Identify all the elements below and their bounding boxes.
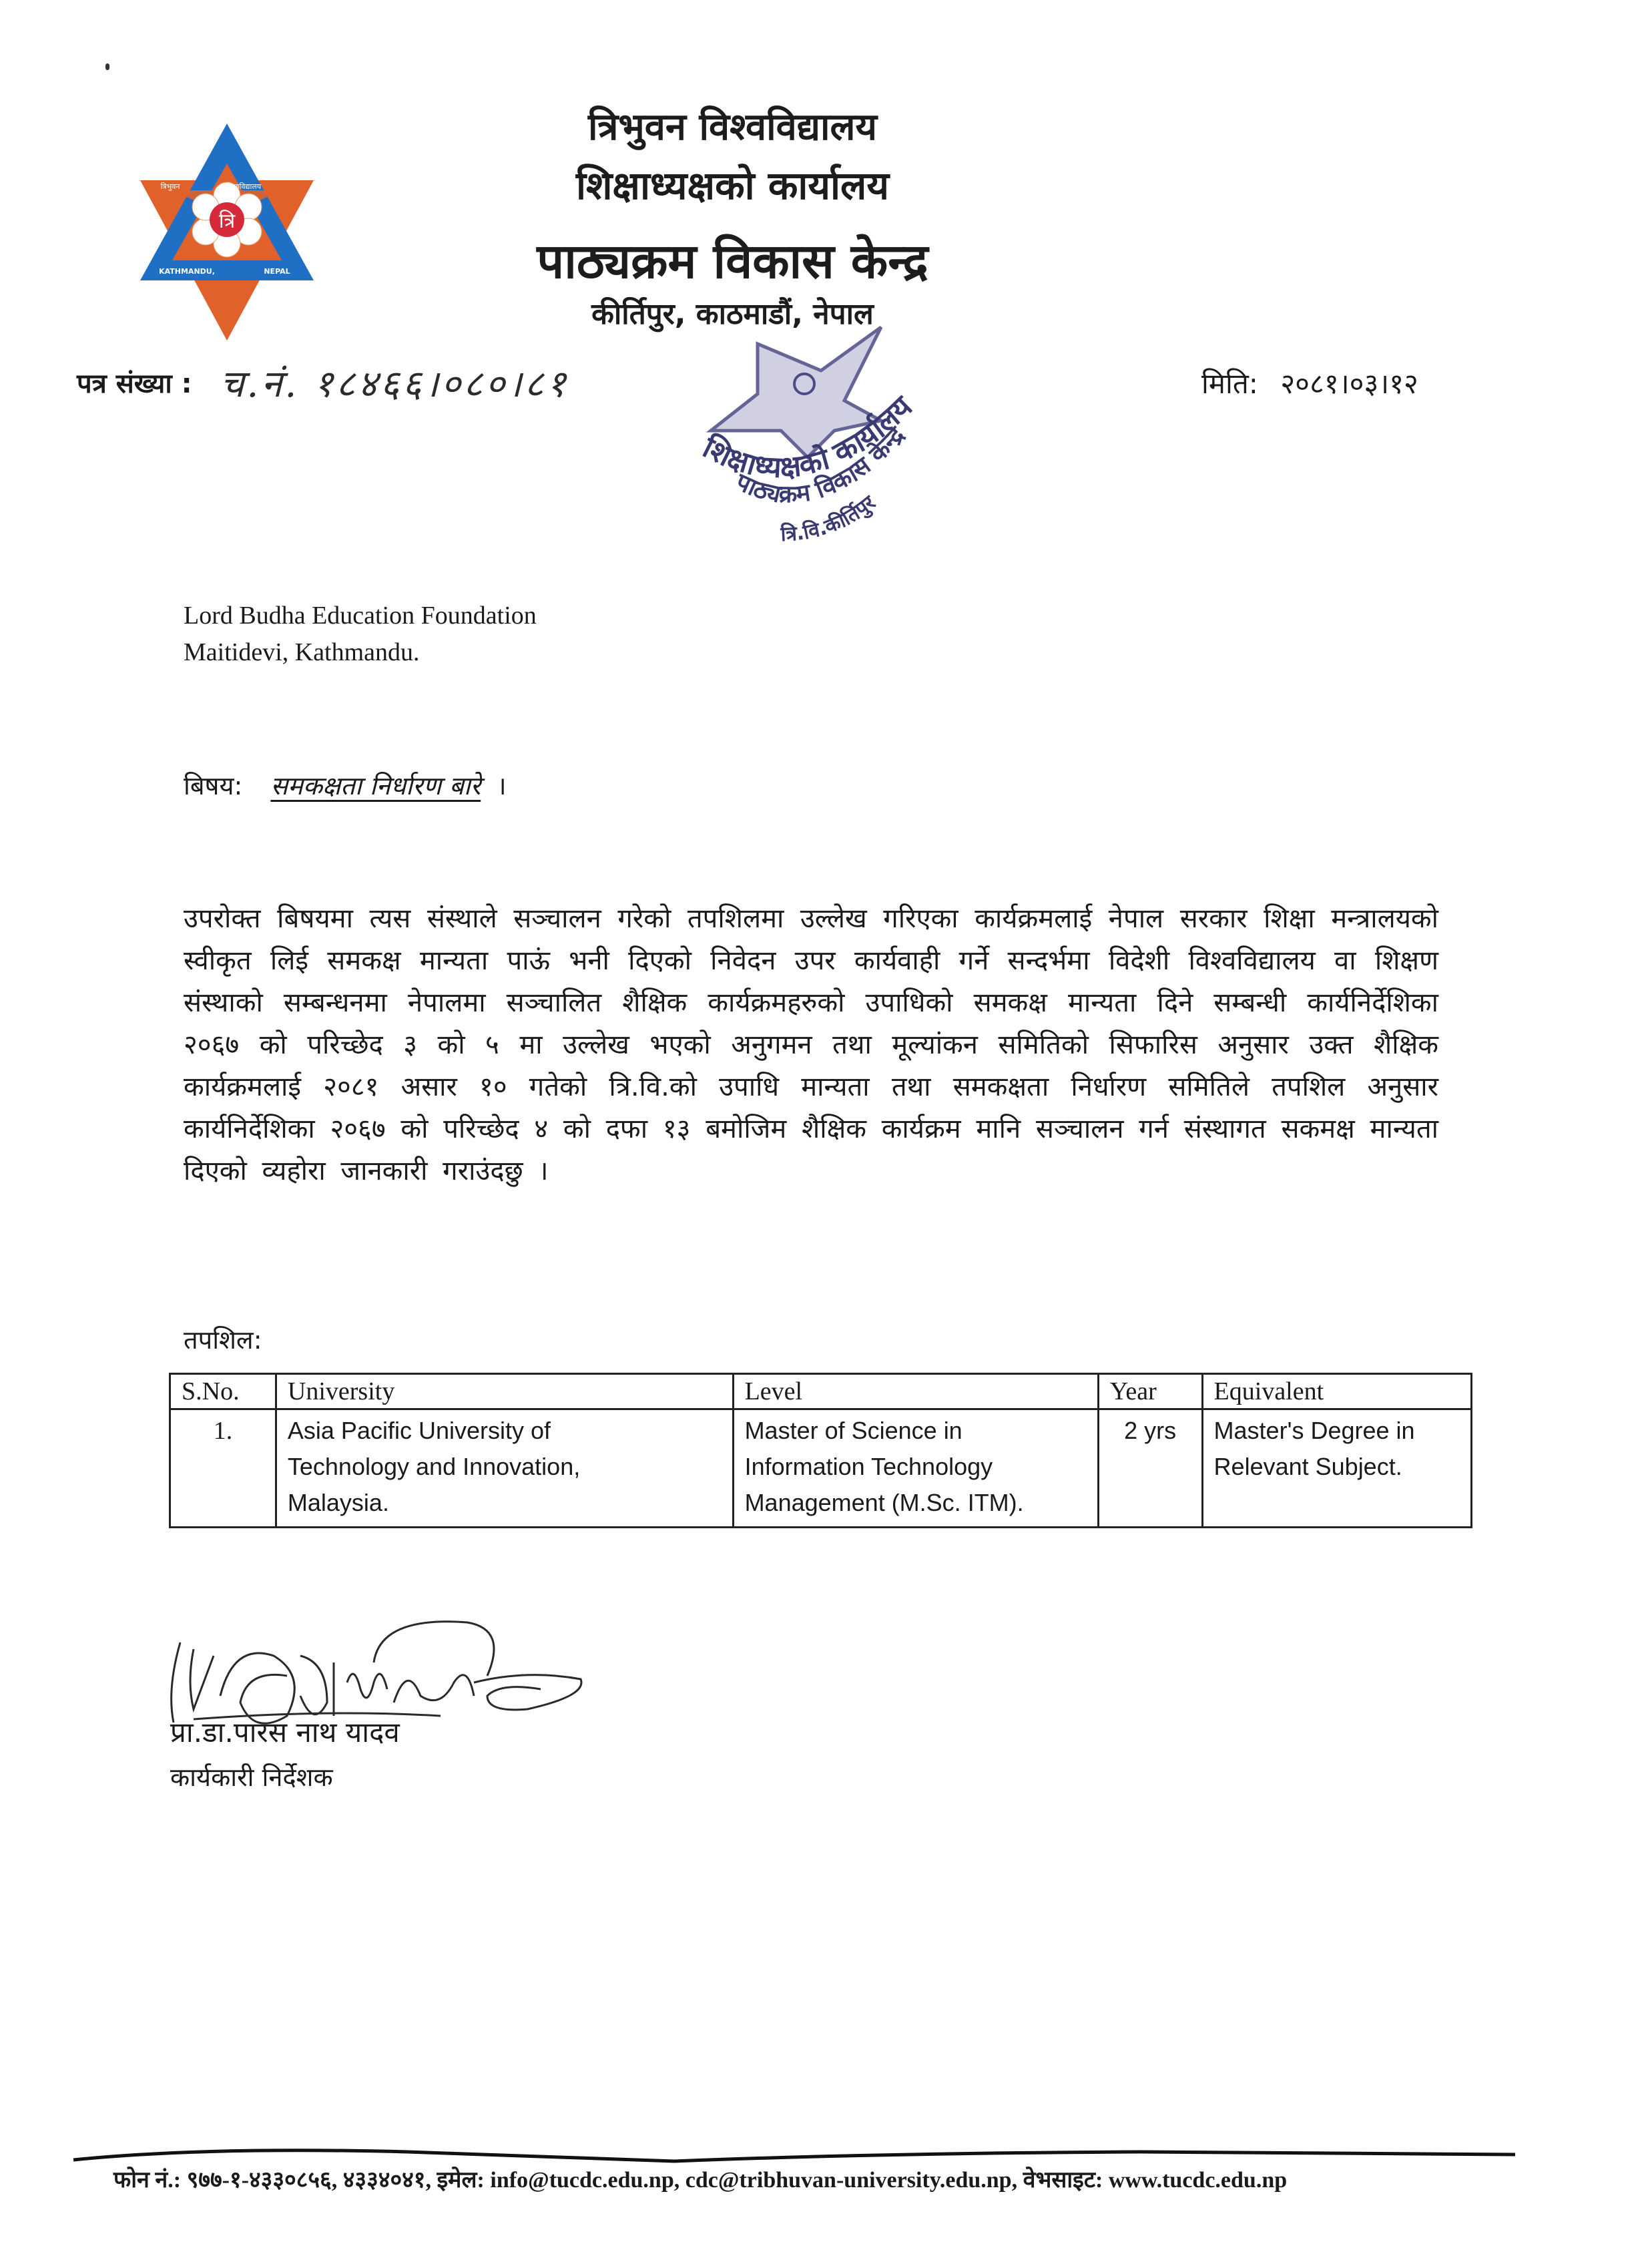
cell-year: 2 yrs bbox=[1098, 1409, 1202, 1528]
footer-contact: फोन नं.: ९७७-१-४३३०८५६, ४३३४०४१, इमेल: i… bbox=[113, 2163, 1287, 2194]
cell-line: Relevant Subject. bbox=[1214, 1449, 1460, 1485]
reference-number: च.नं. १८४६६।०८०।८१ bbox=[220, 357, 569, 408]
cell-equivalent: Master's Degree in Relevant Subject. bbox=[1202, 1409, 1471, 1528]
cell-sno: 1. bbox=[170, 1409, 276, 1528]
date-label: मिति: bbox=[1201, 367, 1258, 400]
column-header: Year bbox=[1098, 1374, 1202, 1409]
subject-label: बिषय: bbox=[184, 771, 242, 801]
phone-numbers: ९७७-१-४३३०८५६, ४३३४०४१, bbox=[187, 2168, 431, 2193]
letterhead-office: शिक्षाध्यक्षको कार्यालय bbox=[0, 158, 1559, 210]
cell-line: Technology and Innovation, bbox=[288, 1449, 722, 1485]
website-label: वेभसाइट: bbox=[1023, 2168, 1103, 2193]
subject-end: । bbox=[497, 771, 506, 801]
signatory-name: प्रा.डा.पारस नाथ यादव bbox=[170, 1713, 400, 1751]
signatory-title: कार्यकारी निर्देशक bbox=[170, 1759, 333, 1794]
recipient-address: Maitidevi, Kathmandu. bbox=[184, 638, 420, 667]
letterhead-university: त्रिभुवन विश्वविद्यालय bbox=[0, 100, 1559, 151]
equivalence-table: S.No. University Level Year Equivalent 1… bbox=[169, 1373, 1472, 1528]
recipient-name: Lord Budha Education Foundation bbox=[184, 601, 537, 630]
column-header: S.No. bbox=[170, 1374, 276, 1409]
table-header-row: S.No. University Level Year Equivalent bbox=[170, 1374, 1472, 1409]
subject-value: समकक्षता निर्धारण बारे bbox=[270, 771, 481, 801]
cell-line: Information Technology bbox=[745, 1449, 1087, 1485]
column-header: Level bbox=[733, 1374, 1098, 1409]
schedule-label: तपशिल: bbox=[184, 1322, 262, 1357]
subject-line: बिषय: समकक्षता निर्धारण बारे । bbox=[184, 768, 507, 803]
scan-speck bbox=[105, 63, 109, 70]
phone-label: फोन नं.: bbox=[113, 2168, 181, 2193]
cell-level: Master of Science in Information Technol… bbox=[733, 1409, 1098, 1528]
table-row: 1. Asia Pacific University of Technology… bbox=[170, 1409, 1472, 1528]
official-stamp: शिक्षाध्यक्षको कार्यालय पाठ्यक्रम विकास … bbox=[681, 320, 961, 574]
date-value: २०८१।०३।१२ bbox=[1280, 367, 1418, 400]
letter-body: उपरोक्त बिषयमा त्यस संस्थाले सञ्चालन गरे… bbox=[184, 898, 1438, 1192]
cell-line: Management (M.Sc. ITM). bbox=[745, 1485, 1087, 1521]
website-link[interactable]: www.tucdc.edu.np bbox=[1109, 2168, 1287, 2193]
column-header: University bbox=[276, 1374, 733, 1409]
column-header: Equivalent bbox=[1202, 1374, 1471, 1409]
email-label: इमेल: bbox=[437, 2168, 484, 2193]
cell-line: Asia Pacific University of bbox=[288, 1413, 722, 1449]
cell-line: Malaysia. bbox=[288, 1485, 722, 1521]
cell-university: Asia Pacific University of Technology an… bbox=[276, 1409, 733, 1528]
cell-line: Master's Degree in bbox=[1214, 1413, 1460, 1449]
letterhead-centre: पाठ्यक्रम विकास केन्द्र bbox=[0, 227, 1559, 292]
email-addresses[interactable]: info@tucdc.edu.np, cdc@tribhuvan-univers… bbox=[490, 2168, 1017, 2193]
date-line: मिति: २०८१।०३।१२ bbox=[1201, 364, 1418, 402]
cell-line: Master of Science in bbox=[745, 1413, 1087, 1449]
reference-label: पत्र संख्या : bbox=[77, 364, 192, 401]
